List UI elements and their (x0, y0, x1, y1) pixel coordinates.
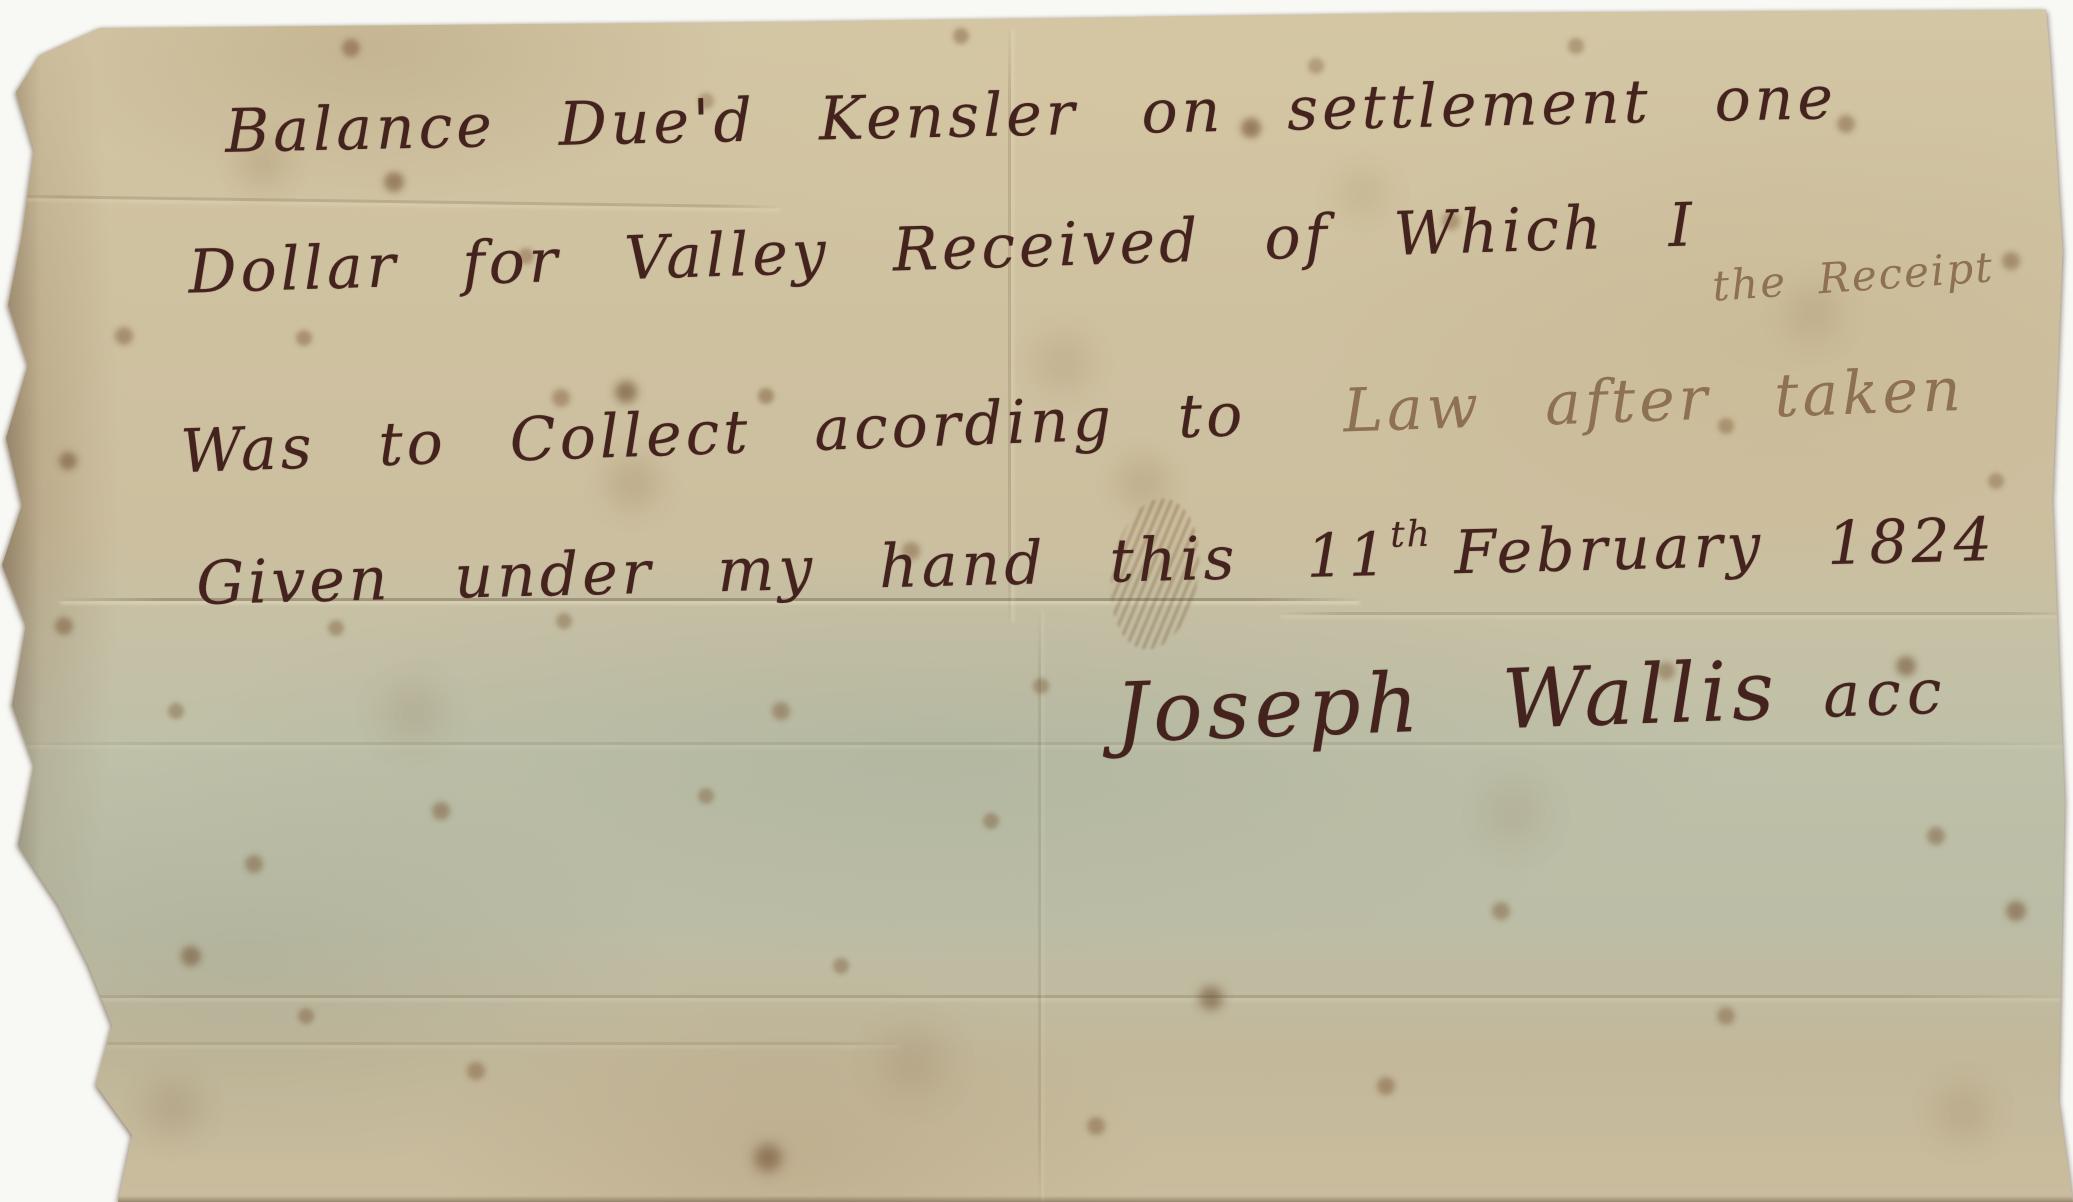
receipt-line-1: Balance Due'd Kensler on settlement one (224, 63, 1837, 167)
paper-sheet: Balance Due'd Kensler on settlement one … (0, 0, 2073, 1202)
paper-bottom-edge (0, 1194, 2073, 1202)
fold-crease-horizontal-5 (0, 995, 2073, 998)
receipt-day-number: 11 (1305, 520, 1391, 592)
fold-crease-horizontal-4 (0, 742, 2073, 745)
scanned-document: Balance Due'd Kensler on settlement one … (0, 0, 2073, 1202)
fold-crease-vertical-2 (1038, 610, 1041, 1202)
line-4-gap-2 (1433, 573, 1455, 574)
receipt-line-3: Was to Collect acording to Law after tak… (179, 355, 1965, 487)
day-ordinal-superscript: th (1390, 514, 1433, 556)
receipt-line-3-main: Was to Collect acording to (179, 380, 1247, 487)
signature-suffix: acc (1822, 654, 1949, 731)
paper-torn-edge (0, 0, 48, 1202)
interlined-note-text: the Receipt (1711, 242, 1996, 311)
paper-top-edge (0, 0, 2073, 26)
interlined-note: the Receipt (1711, 242, 1996, 311)
receipt-line-1-text: Balance Due'd Kensler on settlement one (224, 63, 1837, 167)
fold-crease-horizontal-3 (1280, 612, 2070, 615)
receipt-line-2: Dollar for Valley Received of Which I (187, 190, 1697, 307)
paper-shadow: Balance Due'd Kensler on settlement one … (0, 0, 2073, 1202)
stain-blotch-layer (0, 0, 26, 26)
line-4-gap (1239, 577, 1307, 579)
receipt-line-4-intro: Given under my hand this (195, 524, 1239, 619)
foxing-spots-layer (0, 0, 12, 12)
fold-crease-horizontal-1 (0, 195, 780, 209)
receipt-line-3-faded: Law after taken (1342, 355, 1966, 447)
fold-crease-horizontal-6 (0, 1042, 900, 1045)
receipt-line-4: Given under my hand this11thFebruary 182… (195, 500, 1996, 619)
receipt-month-year: February 1824 (1453, 505, 1996, 588)
receipt-line-2-text: Dollar for Valley Received of Which I (187, 190, 1697, 307)
